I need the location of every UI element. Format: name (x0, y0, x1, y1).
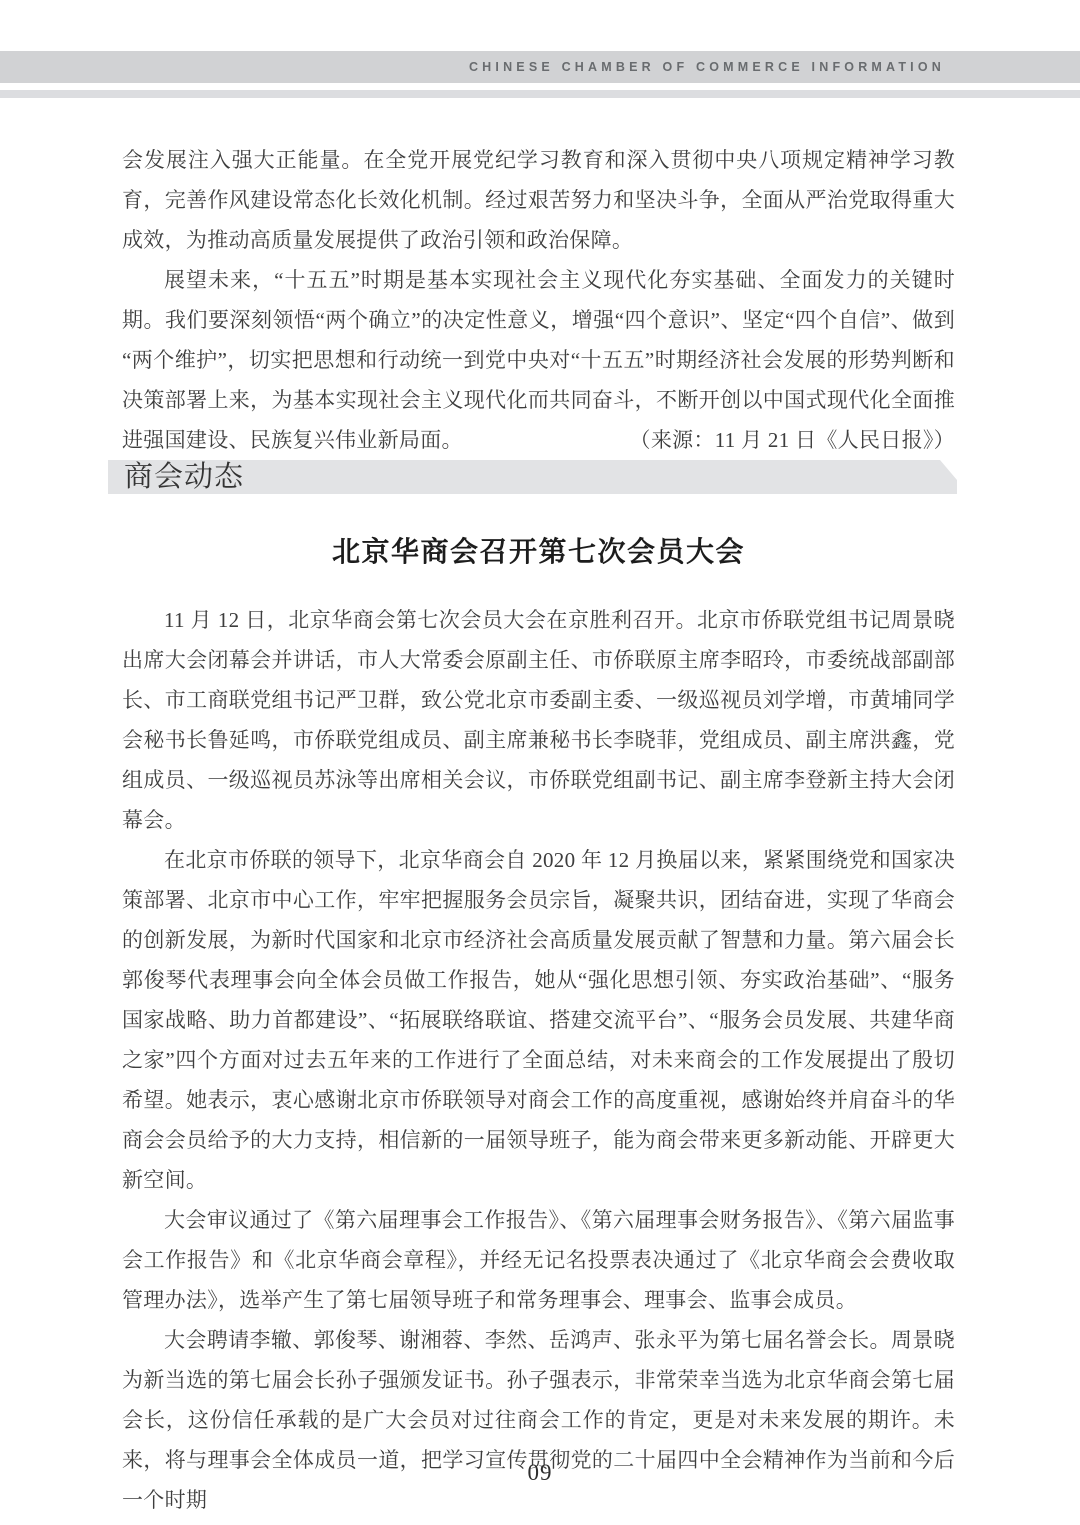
header-divider (0, 90, 1080, 98)
header-banner: CHINESE CHAMBER OF COMMERCE INFORMATION (0, 51, 1080, 83)
banner-title: CHINESE CHAMBER OF COMMERCE INFORMATION (469, 51, 945, 83)
intro-paragraph-continued: 会发展注入强大正能量。在全党开展党纪学习教育和深入贯彻中央八项规定精神学习教育，… (122, 140, 955, 260)
section-band-label: 商会动态 (124, 461, 244, 493)
intro-paragraph: 展望未来，“十五五”时期是基本实现社会主义现代化夯实基础、全面发力的关键时期。我… (122, 260, 955, 460)
page-number: 09 (0, 1460, 1080, 1486)
article-paragraph: 大会聘请李辙、郭俊琴、谢湘蓉、李然、岳鸿声、张永平为第七届名誉会长。周景晓为新当… (122, 1320, 955, 1520)
article-title: 北京华商会召开第七次会员大会 (122, 534, 955, 570)
section-band: 商会动态 (108, 460, 957, 494)
source-attribution: （来源：11 月 21 日《人民日报》） (588, 420, 955, 460)
article-paragraph: 11 月 12 日，北京华商会第七次会员大会在京胜利召开。北京市侨联党组书记周景… (122, 600, 955, 840)
content-column: 会发展注入强大正能量。在全党开展党纪学习教育和深入贯彻中央八项规定精神学习教育，… (122, 140, 955, 1520)
article-paragraph: 在北京市侨联的领导下，北京华商会自 2020 年 12 月换届以来，紧紧围绕党和… (122, 840, 955, 1200)
article-paragraph: 大会审议通过了《第六届理事会工作报告》、《第六届理事会财务报告》、《第六届监事会… (122, 1200, 955, 1320)
